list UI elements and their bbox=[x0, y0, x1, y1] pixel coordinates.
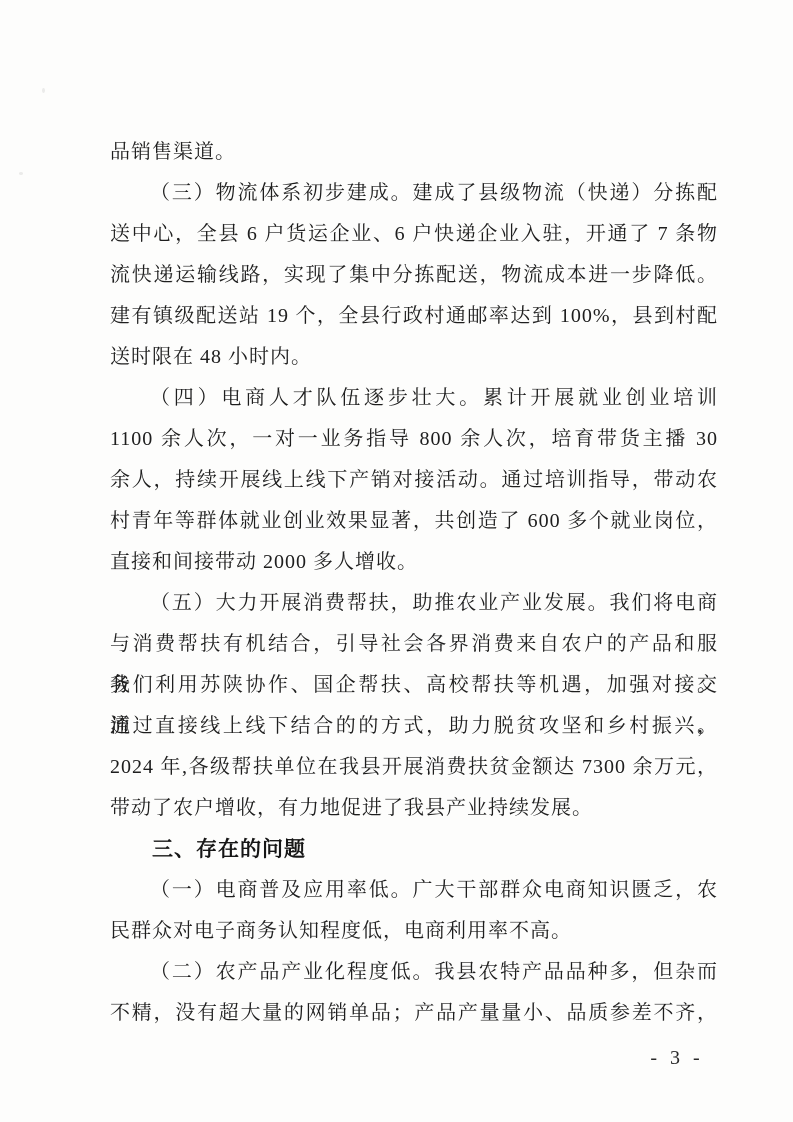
text-line: （五）大力开展消费帮扶，助推农业产业发展。我们将电商 bbox=[110, 583, 718, 624]
text-line: 送中心，全县 6 户货运企业、6 户快递企业入驻，开通了 7 条物 bbox=[110, 214, 718, 255]
text-line: 村青年等群体就业创业效果显著，共创造了 600 多个就业岗位， bbox=[110, 501, 718, 542]
text-line: 民群众对电子商务认知程度低，电商利用率不高。 bbox=[110, 911, 718, 952]
text-line: （二）农产品产业化程度低。我县农特产品品种多，但杂而 bbox=[110, 952, 718, 993]
text-line: 直接和间接带动 2000 多人增收。 bbox=[110, 542, 718, 583]
document-page: 品销售渠道。（三）物流体系初步建成。建成了县级物流（快递）分拣配送中心，全县 6… bbox=[0, 0, 793, 1122]
text-line: 带动了农户增收，有力地促进了我县产业持续发展。 bbox=[110, 788, 718, 829]
text-line: （四）电商人才队伍逐步壮大。累计开展就业创业培训 bbox=[110, 378, 718, 419]
text-line: 不精，没有超大量的网销单品；产品产量量小、品质参差不齐， bbox=[110, 993, 718, 1034]
text-line: 流快递运输线路，实现了集中分拣配送，物流成本进一步降低。 bbox=[110, 255, 718, 296]
text-line: （一）电商普及应用率低。广大干部群众电商知识匮乏，农 bbox=[110, 870, 718, 911]
text-line: 与消费帮扶有机结合，引导社会各界消费来自农户的产品和服务。 bbox=[110, 624, 718, 665]
scan-artifact bbox=[42, 88, 45, 93]
text-line: 送时限在 48 小时内。 bbox=[110, 337, 718, 378]
text-line: 建有镇级配送站 19 个，全县行政村通邮率达到 100%，县到村配 bbox=[110, 296, 718, 337]
section-heading: 三、存在的问题 bbox=[110, 829, 718, 870]
text-line: 我们利用苏陕协作、国企帮扶、高校帮扶等机遇，加强对接交流， bbox=[110, 665, 718, 706]
scan-artifact bbox=[19, 172, 23, 175]
text-line: 品销售渠道。 bbox=[110, 132, 718, 173]
text-line: 2024 年,各级帮扶单位在我县开展消费扶贫金额达 7300 余万元， bbox=[110, 747, 718, 788]
page-number: - 3 - bbox=[646, 1043, 708, 1073]
text-line: 余人，持续开展线上线下产销对接活动。通过培训指导，带动农 bbox=[110, 460, 718, 501]
text-line: （三）物流体系初步建成。建成了县级物流（快递）分拣配 bbox=[110, 173, 718, 214]
text-line: 1100 余人次，一对一业务指导 800 余人次，培育带货主播 30 bbox=[110, 419, 718, 460]
document-body: 品销售渠道。（三）物流体系初步建成。建成了县级物流（快递）分拣配送中心，全县 6… bbox=[110, 132, 718, 1034]
text-line: 通过直接线上线下结合的的方式，助力脱贫攻坚和乡村振兴。 bbox=[110, 706, 718, 747]
